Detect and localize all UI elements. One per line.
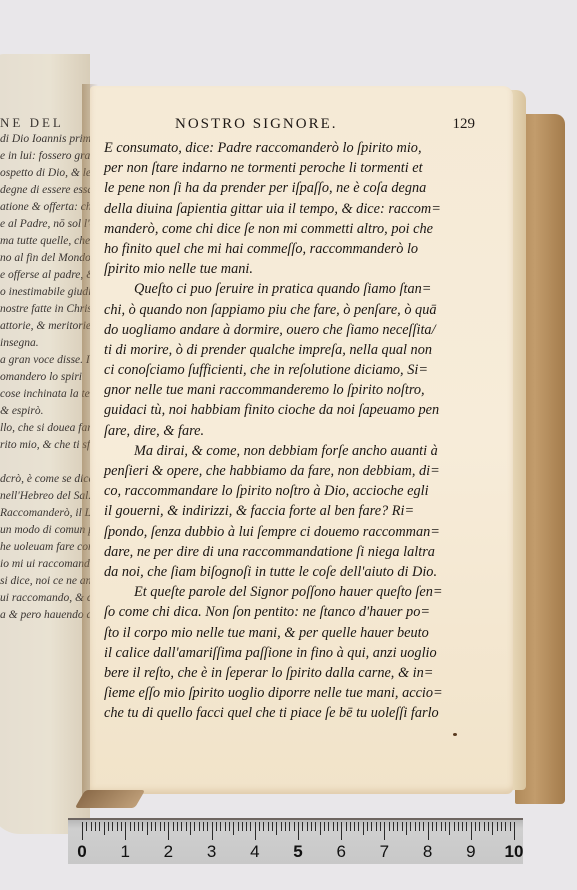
text-line: guidaci tù, noi habbiam finito cioche da… (104, 400, 504, 420)
ruler-tick (216, 822, 217, 831)
ruler-label: 9 (466, 842, 475, 862)
ruler-label: 5 (293, 842, 302, 862)
ruler-tick (333, 822, 334, 831)
text-line: da noi, che ſiam biſognoſi in tutte le c… (104, 562, 504, 582)
ruler-label: 7 (380, 842, 389, 862)
ruler-tick (514, 822, 515, 840)
text-line: Et queſte parole del Signor poſſono haue… (104, 582, 504, 602)
ruler-tick (441, 822, 442, 831)
ruler-tick (363, 822, 364, 835)
left-running-head: NE DEL (0, 114, 90, 131)
text-line: chi, ò quando non ſappiamo piu che fare,… (104, 300, 504, 320)
text-line: bere il reſto, che è in ſeperar lo ſpiri… (104, 663, 504, 683)
left-page: NE DEL di Dio Ioannis primo, ce in lui: … (0, 54, 90, 834)
ruler-tick (173, 822, 174, 831)
ruler-tick (475, 822, 476, 831)
ruler-tick (95, 822, 96, 831)
ruler-tick (510, 822, 511, 831)
left-page-line: di Dio Ioannis primo, c (0, 131, 90, 148)
text-line: Ma dirai, & come, non debbiam forſe anch… (104, 441, 504, 461)
ruler-tick (160, 822, 161, 831)
text-line: manderò, come chi dice ſe non mi commett… (104, 219, 504, 239)
ruler-tick (207, 822, 208, 831)
ruler-tick (410, 822, 411, 831)
ruler-tick (428, 822, 429, 840)
ruler-label: 4 (250, 842, 259, 862)
ruler-tick (311, 822, 312, 831)
ruler-label: 10 (505, 842, 524, 862)
book-photograph: NE DEL di Dio Ioannis primo, ce in lui: … (0, 0, 577, 890)
left-page-line: rito mio, & che ti sfur (0, 437, 90, 454)
ruler-tick (376, 822, 377, 831)
ruler-tick (242, 822, 243, 831)
ruler-tick (263, 822, 264, 831)
right-running-head: NOSTRO SIGNORE. 129 (175, 116, 475, 133)
paper-wormhole (453, 733, 457, 736)
ruler-tick (276, 822, 277, 835)
left-page-line: ui raccomando, & co (0, 590, 90, 607)
ruler-tick (117, 822, 118, 831)
ruler-label: 8 (423, 842, 432, 862)
ruler-tick (350, 822, 351, 831)
ruler-tick (436, 822, 437, 831)
ruler-tick (358, 822, 359, 831)
ruler-tick (82, 822, 83, 840)
left-page-line: un modo di comun parla (0, 522, 90, 539)
text-line: penſieri & opere, che habbiamo da fare, … (104, 461, 504, 481)
ruler-tick (190, 822, 191, 835)
left-page-line: a & pero hauendo do (0, 607, 90, 624)
ruler-tick (397, 822, 398, 831)
text-line: le pene non ſi ha da prender per iſpaſſo… (104, 178, 504, 198)
ruler-tick (142, 822, 143, 831)
ruler-tick (471, 822, 472, 840)
left-page-line: no al fin del Mondo era (0, 250, 90, 267)
left-page-line: e in lui: fossero grate (0, 148, 90, 165)
text-line: ho finito quel che mi hai commeſſo, racc… (104, 239, 504, 259)
ruler-tick (328, 822, 329, 831)
ruler-tick (181, 822, 182, 831)
ruler-tick (298, 822, 299, 840)
ruler-tick (423, 822, 424, 831)
ruler-tick (384, 822, 385, 840)
left-page-line: he uoleuam fare con alt (0, 539, 90, 556)
ruler-tick (225, 822, 226, 831)
ruler-tick (484, 822, 485, 831)
text-line: ſieme eſſo mio ſpirito uoglio diporre ne… (104, 683, 504, 703)
ruler-tick (393, 822, 394, 831)
ruler-tick (91, 822, 92, 831)
ruler-label: 0 (77, 842, 86, 862)
ruler-tick (272, 822, 273, 831)
ruler-tick (194, 822, 195, 831)
ruler-tick (138, 822, 139, 831)
ruler-tick (233, 822, 234, 835)
right-page-body-text: E consumato, dice: Padre raccomanderò lo… (104, 138, 504, 723)
ruler-tick (186, 822, 187, 831)
left-page-line: dcrò, è come se dicesse, B (0, 471, 90, 488)
ruler-tick (229, 822, 230, 831)
ruler-tick (432, 822, 433, 831)
left-page-line: ospetto di Dio, & le ... (0, 165, 90, 182)
left-page-line: si dice, noi ce ne andi (0, 573, 90, 590)
text-line: E consumato, dice: Padre raccomanderò lo… (104, 138, 504, 158)
ruler-tick (479, 822, 480, 831)
ruler-tick (130, 822, 131, 831)
running-head-title: NOSTRO SIGNORE. (175, 116, 338, 133)
ruler-tick (419, 822, 420, 831)
ruler-tick (199, 822, 200, 831)
ruler-label: 2 (164, 842, 173, 862)
ruler-tick (164, 822, 165, 831)
ruler-tick (462, 822, 463, 831)
left-page-line: cose inchinata la te (0, 386, 90, 403)
ruler-tick (108, 822, 109, 831)
text-line: ſpirito mio nelle tue mani. (104, 259, 504, 279)
page-number: 129 (453, 116, 476, 133)
left-page-line: e offerse al padre, & ... (0, 267, 90, 284)
text-line: dare, ne per dire di una raccommandation… (104, 542, 504, 562)
ruler-tick (285, 822, 286, 831)
ruler-tick (255, 822, 256, 840)
text-line: il gouerni, & indirizzi, & faccia forte … (104, 501, 504, 521)
ruler-tick (238, 822, 239, 831)
ruler-label: 6 (336, 842, 345, 862)
left-page-line: attorie, & meritorie, fu (0, 318, 90, 335)
text-line: per non ſtare indarno ne tormenti peroch… (104, 158, 504, 178)
text-line: ſto il corpo mio nelle tue mani, & per q… (104, 623, 504, 643)
text-line: ſpondo, ſenza dubbio à lui ſempre ci dou… (104, 522, 504, 542)
ruler-tick (289, 822, 290, 831)
left-page-line: nostre fatte in Christo (0, 301, 90, 318)
text-line: ſo come chi dica. Non ſon pentito: ne ſt… (104, 602, 504, 622)
ruler-tick (402, 822, 403, 831)
ruler-label: 3 (207, 842, 216, 862)
ruler-tick (268, 822, 269, 831)
left-page-line: omandero lo spiri (0, 369, 90, 386)
text-line: ſare, dire, & fare. (104, 421, 504, 441)
text-line: do uogliamo andare à dormire, ouero che … (104, 320, 504, 340)
ruler-label: 1 (120, 842, 129, 862)
text-line: co, raccommandare lo ſpirito noſtro à Di… (104, 481, 504, 501)
ruler-tick (281, 822, 282, 831)
ruler-tick (86, 822, 87, 831)
left-page-text: NE DEL di Dio Ioannis primo, ce in lui: … (0, 114, 90, 624)
ruler-tick (104, 822, 105, 835)
ruler-tick (125, 822, 126, 840)
ruler-tick (501, 822, 502, 831)
ruler-tick (488, 822, 489, 831)
ruler-tick (302, 822, 303, 831)
ruler-tick (371, 822, 372, 831)
text-line: che tu di quello facci quel che ti piace… (104, 703, 504, 723)
text-line: ci conoſciamo ſufficienti, che in reſolu… (104, 360, 504, 380)
left-page-line: ma tutte quelle, che dep (0, 233, 90, 250)
text-line: Queſto ci puo ſeruire in pratica quando … (104, 279, 504, 299)
ruler-tick (324, 822, 325, 831)
left-page-line: a gran voce disse. I (0, 352, 90, 369)
ruler-tick (367, 822, 368, 831)
ruler-tick (406, 822, 407, 835)
ruler-tick (445, 822, 446, 831)
ruler-tick (354, 822, 355, 831)
ruler-tick (294, 822, 295, 831)
ruler-tick (168, 822, 169, 840)
ruler-tick (389, 822, 390, 831)
ruler-tick (449, 822, 450, 835)
ruler-tick (246, 822, 247, 831)
ruler-tick (147, 822, 148, 835)
ruler-tick (346, 822, 347, 831)
text-line: della diuina ſapientia gittar uia il tem… (104, 199, 504, 219)
ruler-tick (454, 822, 455, 831)
left-page-line: Raccomanderò, il Lat (0, 505, 90, 522)
left-page-line: atione & offerta: che fi (0, 199, 90, 216)
scale-ruler: 012345678910 (68, 818, 523, 864)
ruler-tick (112, 822, 113, 831)
text-line: ti di morire, ò di prender qualche impre… (104, 340, 504, 360)
left-page-line: io mi ui raccomandero (0, 556, 90, 573)
ruler-tick (337, 822, 338, 831)
ruler-tick (466, 822, 467, 831)
ruler-tick (380, 822, 381, 831)
ruler-tick (497, 822, 498, 831)
paper-fragment-flap (75, 790, 145, 808)
left-page-line: & espirò. (0, 403, 90, 420)
text-line: gnor nelle tue mani raccommanderemo lo ſ… (104, 380, 504, 400)
left-page-line: degne di essere essaudite (0, 182, 90, 199)
left-page-line (0, 454, 90, 471)
ruler-tick (259, 822, 260, 831)
ruler-tick (315, 822, 316, 831)
ruler-tick (121, 822, 122, 831)
text-line: il calice dall'amariſſima paſſione in fi… (104, 643, 504, 663)
ruler-tick (415, 822, 416, 831)
ruler-tick (99, 822, 100, 831)
ruler-tick (151, 822, 152, 831)
left-page-line: e al Padre, nō sol l'opere (0, 216, 90, 233)
ruler-tick (341, 822, 342, 840)
ruler-tick (458, 822, 459, 831)
ruler-tick (203, 822, 204, 831)
left-page-line: o inestimabile giudicata (0, 284, 90, 301)
ruler-tick (505, 822, 506, 831)
ruler-tick (177, 822, 178, 831)
ruler-tick (134, 822, 135, 831)
ruler-tick (320, 822, 321, 835)
ruler-tick (155, 822, 156, 831)
left-page-line: nell'Hebreo del Sal. p (0, 488, 90, 505)
ruler-tick (220, 822, 221, 831)
left-page-line: insegna. (0, 335, 90, 352)
left-page-line: llo, che si douea far dan (0, 420, 90, 437)
ruler-tick (307, 822, 308, 831)
ruler-tick (492, 822, 493, 835)
ruler-tick (212, 822, 213, 840)
ruler-tick (250, 822, 251, 831)
